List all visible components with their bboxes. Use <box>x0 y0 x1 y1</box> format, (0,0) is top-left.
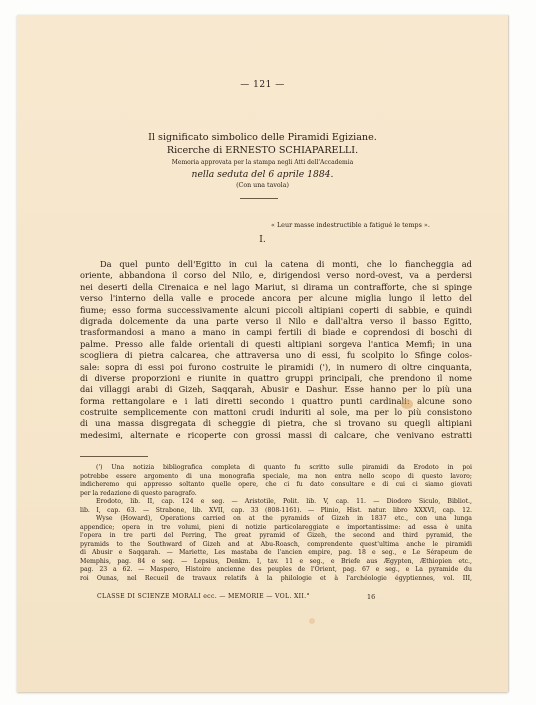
article-title: Il significato simbolico delle Piramidi … <box>17 132 508 143</box>
plate-note: (Con una tavola) <box>17 182 508 189</box>
footnote-line: (') Una notizia bibliografica completa d… <box>80 464 472 473</box>
footnote-line: Erodoto, lib. II, cap. 124 e seg. — Aris… <box>80 498 472 507</box>
body-line: sale: sopra di essi poi furono costruite… <box>80 362 472 373</box>
session-date: nella seduta del 6 aprile 1884. <box>17 169 508 180</box>
footnote-line: pyramids to the Southward of Gizeh and a… <box>80 541 472 550</box>
epigraph: « Leur masse indestructible a fatigué le… <box>271 221 430 229</box>
footnote-line: pag. 23 a 62. — Maspero, Histoire ancien… <box>80 566 472 575</box>
article-author: Ricerche di ERNESTO SCHIAPARELLI. <box>17 145 508 156</box>
footnote-line: lib. I, cap. 63. — Strabone, lib. XVII, … <box>80 507 472 516</box>
approval-note: Memoria approvata per la stampa negli At… <box>17 159 508 166</box>
signature-mark: 16 <box>367 593 375 601</box>
body-text: Da quel punto dell'Egitto in cui la cate… <box>80 259 472 441</box>
body-line: nei deserti della Cirenaica e nel lago M… <box>80 282 472 293</box>
footnotes: (') Una notizia bibliografica completa d… <box>80 464 472 583</box>
body-line: oriente, abbandona il corso del Nilo, e,… <box>80 270 472 281</box>
page-number: — 121 — <box>17 80 508 90</box>
footnote-line: l'opera in tre parti del Perring, The gr… <box>80 532 472 541</box>
body-line: verso l'interno della valle e procede an… <box>80 293 472 304</box>
body-line: dai villaggi arabi di Gizeh, Saqqarah, A… <box>80 384 472 395</box>
paper-stain <box>309 618 315 624</box>
body-line: fiume; esso forma successivamente alcuni… <box>80 305 472 316</box>
body-line: forma rettangolare e i lati diretti seco… <box>80 396 472 407</box>
body-line: trasformandosi a mano a mano in campi fe… <box>80 327 472 338</box>
footnote-line: Memphis, pag. 84 e seg. — Lepsius, Denkm… <box>80 558 472 567</box>
body-line: Da quel punto dell'Egitto in cui la cate… <box>80 259 472 270</box>
section-heading: I. <box>17 235 508 245</box>
body-line: palme. Presso alle falde orientali di qu… <box>80 339 472 350</box>
body-line: di diverse proporzioni e riunite in quat… <box>80 373 472 384</box>
body-line: digrada dolcemente da una parte verso il… <box>80 316 472 327</box>
footnote-line: indicheremo qui appresso soltanto quelle… <box>80 481 472 490</box>
document-page: — 121 — Il significato simbolico delle P… <box>17 15 508 692</box>
footnote-line: potrebbe essere argomento di una monogra… <box>80 473 472 482</box>
footnote-line: appendice; opera in tre volumi, pieni di… <box>80 524 472 533</box>
footnote-line: per la redazione di questo paragrafo. <box>80 490 472 499</box>
footnote-divider <box>80 456 148 457</box>
footnote-line: di Abusir e Saqqarah. — Mariette, Les ma… <box>80 549 472 558</box>
body-line: di una massa disgregata di scheggie di p… <box>80 418 472 429</box>
body-line: costruite semplicemente con mattoni crud… <box>80 407 472 418</box>
running-footer: CLASSE DI SCIENZE MORALI ecc. — MEMORIE … <box>97 593 310 600</box>
body-line: scogliera di pietra calcarea, che attrav… <box>80 350 472 361</box>
body-line: medesimi, alternate e ricoperte con gros… <box>80 430 472 441</box>
footnote-line: roi Ounas, nel Recueil de travaux relati… <box>80 575 472 584</box>
title-divider <box>240 198 278 199</box>
footnote-line: Wyse (Howard), Operations carried on at … <box>80 515 472 524</box>
paper-stain <box>401 399 413 409</box>
